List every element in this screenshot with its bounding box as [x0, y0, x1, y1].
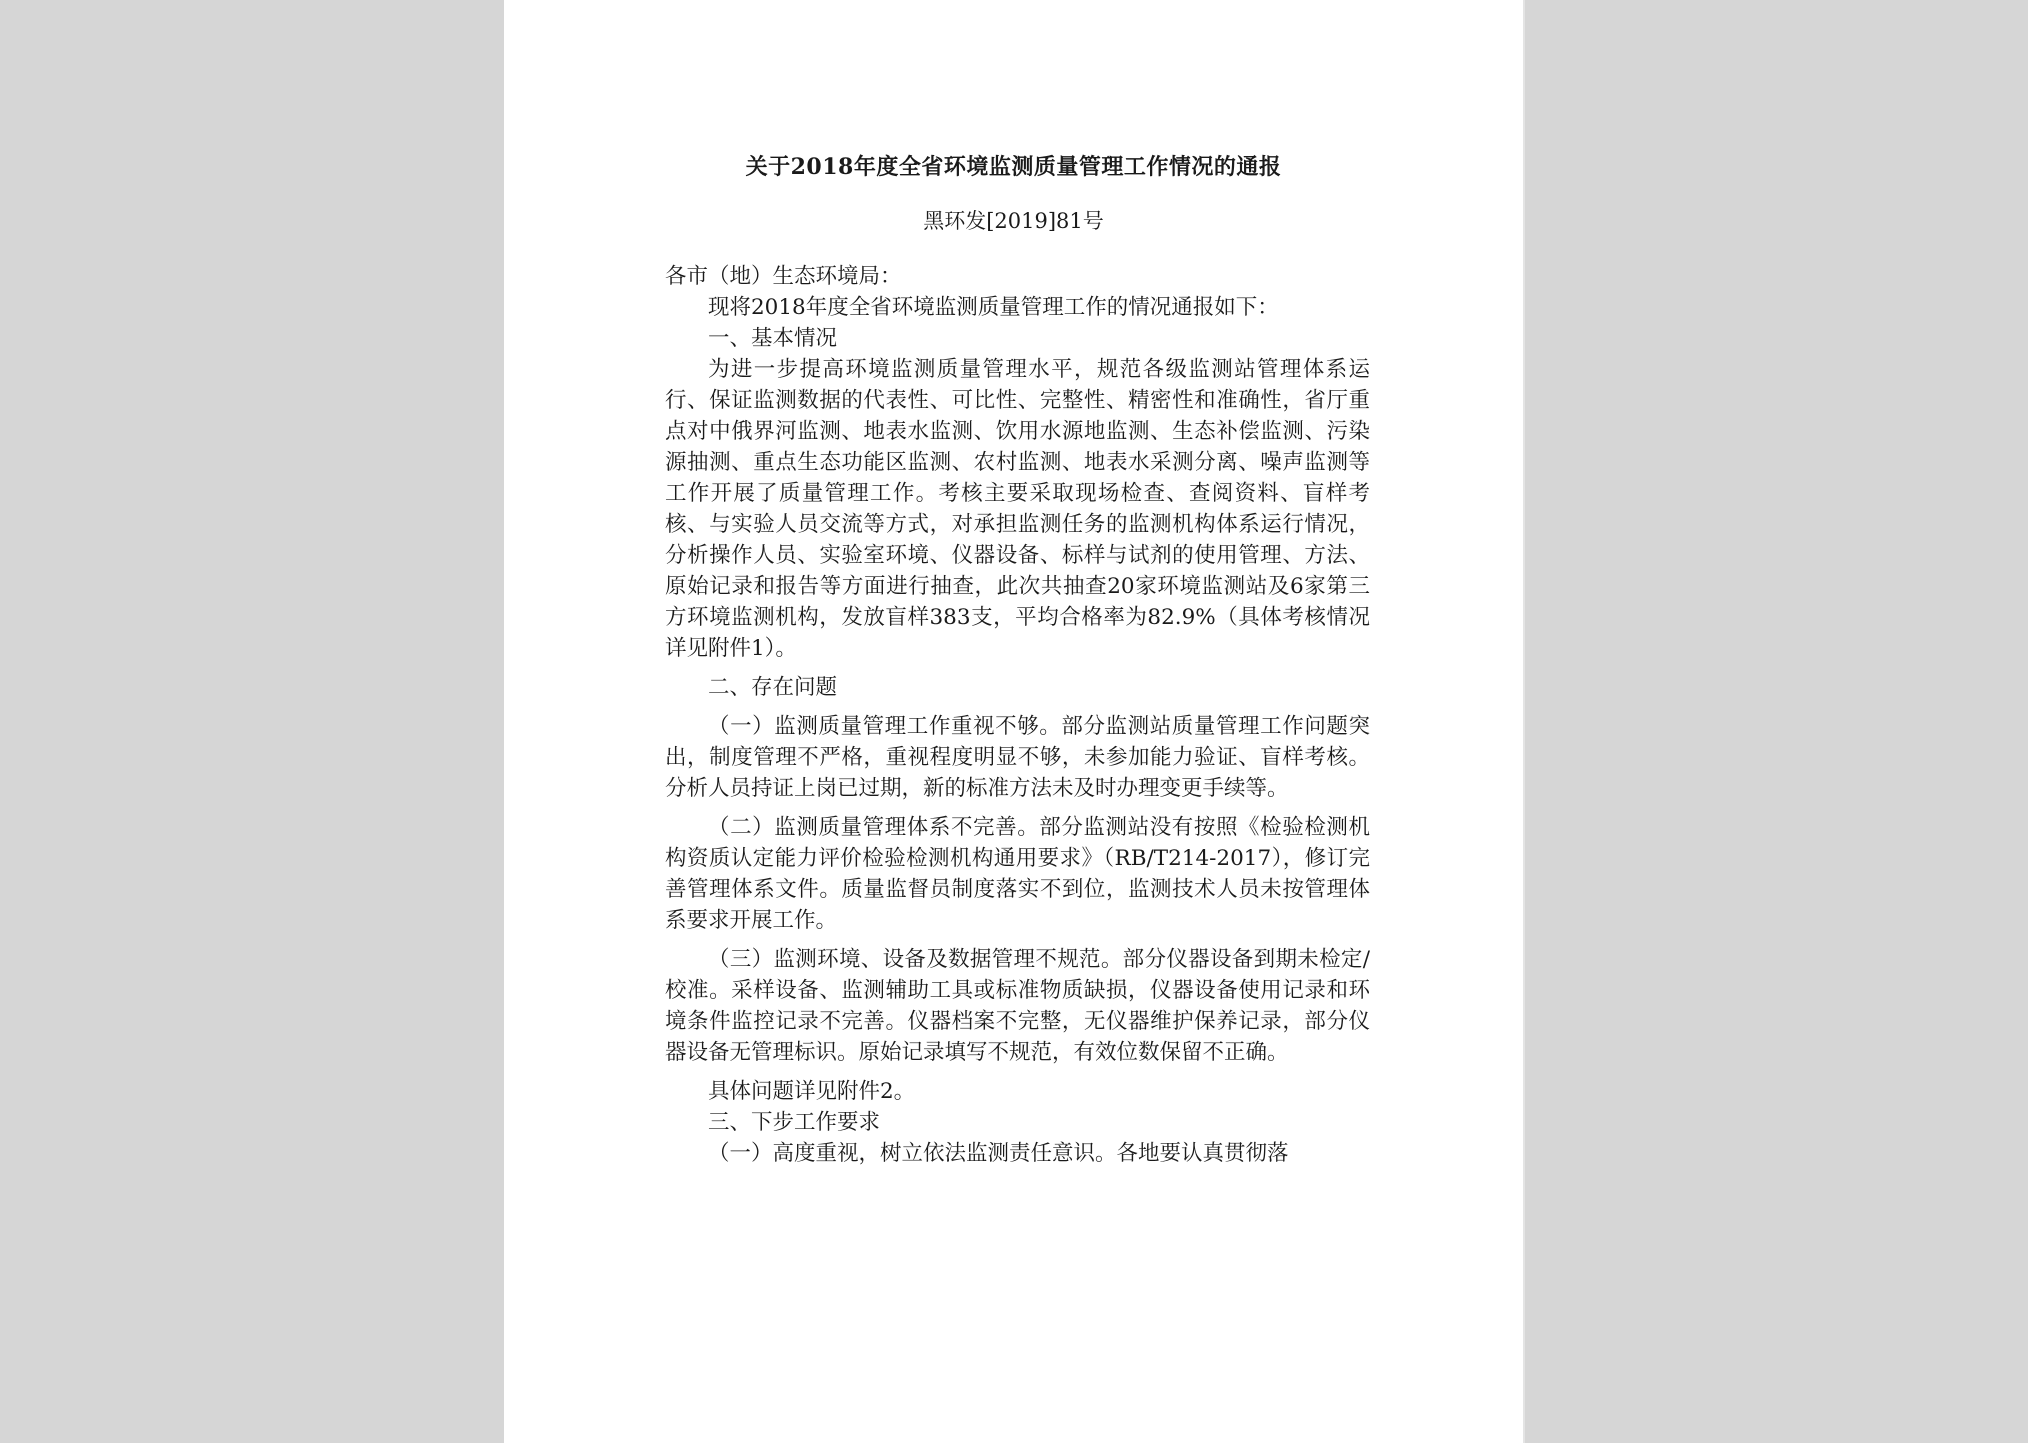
- problem-paragraph-1: （一）监测质量管理工作重视不够。部分监测站质量管理工作问题突出，制度管理不严格，…: [665, 711, 1370, 804]
- intro-paragraph: 现将2018年度全省环境监测质量管理工作的情况通报如下：: [665, 292, 1370, 323]
- document-title: 关于2018年度全省环境监测质量管理工作情况的通报: [504, 150, 1523, 181]
- section-heading-problems: 二、存在问题: [665, 672, 1370, 703]
- document-page: 关于2018年度全省环境监测质量管理工作情况的通报 黑环发[2019]81号 各…: [504, 0, 1525, 1443]
- salutation: 各市（地）生态环境局：: [665, 261, 1370, 292]
- document-body: 各市（地）生态环境局： 现将2018年度全省环境监测质量管理工作的情况通报如下：…: [665, 261, 1370, 1169]
- section-heading-next-steps: 三、下步工作要求: [665, 1107, 1370, 1138]
- section-heading-basic-situation: 一、基本情况: [665, 323, 1370, 354]
- basic-situation-paragraph: 为进一步提高环境监测质量管理水平，规范各级监测站管理体系运行、保证监测数据的代表…: [665, 354, 1370, 664]
- requirement-paragraph-1: （一）高度重视，树立依法监测责任意识。各地要认真贯彻落: [665, 1138, 1370, 1169]
- problem-paragraph-2: （二）监测质量管理体系不完善。部分监测站没有按照《检验检测机构资质认定能力评价检…: [665, 812, 1370, 936]
- problem-paragraph-3: （三）监测环境、设备及数据管理不规范。部分仪器设备到期未检定/校准。采样设备、监…: [665, 944, 1370, 1068]
- attachment-note: 具体问题详见附件2。: [665, 1076, 1370, 1107]
- document-number: 黑环发[2019]81号: [504, 205, 1523, 235]
